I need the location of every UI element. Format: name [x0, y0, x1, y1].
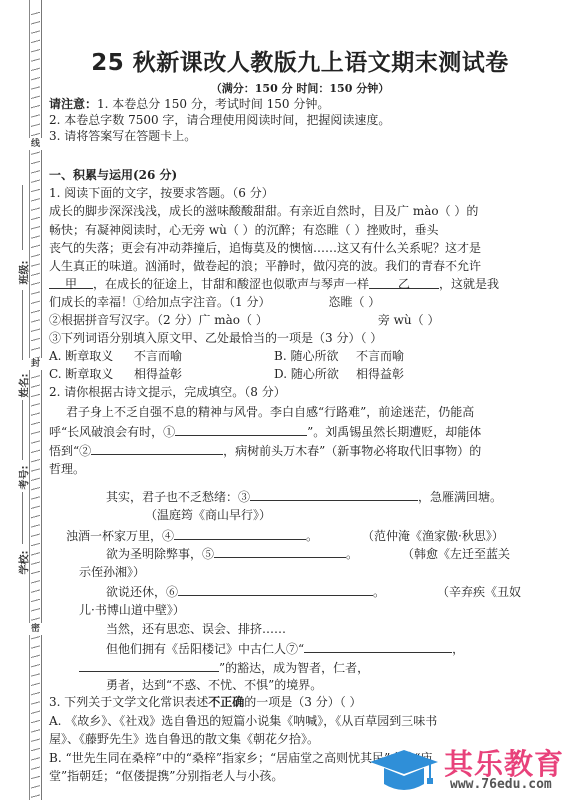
option-a[interactable]: A. 断章取义	[49, 348, 134, 364]
q2-line: 欲为圣明除弊事，⑤。（韩愈《左迁至蓝关	[106, 545, 510, 562]
blank-3[interactable]	[250, 488, 418, 501]
q3-option-b-cont: 堂”指朝廷；“伛偻提携”分别指老人与小孩。	[49, 768, 283, 784]
option-c[interactable]: C. 断章取义	[49, 366, 134, 382]
q2-source: 儿·书博山道中壁》）	[79, 602, 185, 618]
q2-line: 悟到“②，病树前头万木春”（新事物必将取代旧事物）的	[49, 442, 481, 459]
pinyin-answer-blank[interactable]: 恣睢（ ）	[328, 295, 380, 309]
notice-line-2: 2. 本卷总字数 7500 字，请合理使用阅读时间，把握阅读速度。	[49, 112, 390, 128]
page-title: 25 秋新课改人教版九上语文期末测试卷	[40, 44, 560, 77]
blank-7b[interactable]	[79, 659, 219, 672]
q1-passage-line: 人生真正的味道。汹涌时，做卷起的浪；平静时，做闪亮的波。我们的青春不允许	[49, 258, 481, 274]
exam-info: （满分：150 分 时间：150 分钟）	[40, 80, 560, 96]
notice-line-3: 3. 请将答案写在答题卡上。	[49, 128, 196, 144]
exam-number-field-line[interactable]	[22, 400, 23, 460]
watermark-logo: 其乐教育 www.76edu.com	[368, 744, 564, 796]
q2-line: 呼“长风破浪会有时，①”。刘禹锡虽然长期遭贬，却能体	[49, 423, 481, 440]
q2-line: 欲说还休，⑥。（辛弃疾《丑奴	[106, 583, 521, 600]
q1-passage-line: 成长的脚步深深浅浅，成长的滋味酸酸甜甜。有亲近自然时，目及广 mào（ ）的	[49, 203, 478, 219]
margin-line-inner	[41, 0, 42, 800]
q2-source: （温庭筠《商山早行》）	[145, 507, 271, 523]
brand-url: www.76edu.com	[450, 777, 552, 792]
blank-6[interactable]	[178, 583, 373, 596]
q2-line: 其实，君子也不乏愁绪：③，急雁满回塘。	[106, 488, 502, 505]
q2-line: 当然，还有思恋、误会、排挤……	[106, 621, 286, 637]
q2-line: 君子身上不乏自强不息的精神与风骨。李白自感“行路难”，前途迷茫，仍能高	[66, 404, 474, 420]
notice-line-1: 请注意：1. 本卷总分 150 分，考试时间 150 分钟。	[49, 96, 329, 112]
graduation-cap-icon	[368, 746, 440, 794]
option-d[interactable]: D. 随心所欲	[274, 366, 356, 382]
notice-label: 请注意：	[49, 97, 97, 111]
school-label: 学校:	[16, 548, 31, 578]
q2-line: 但他们拥有《岳阳楼记》中古仁人⑦“，	[106, 640, 464, 657]
q2-line: 勇者，达到“不惑、不忧、不惧”的境界。	[106, 677, 322, 693]
blank-7a[interactable]	[304, 640, 452, 653]
class-field-line[interactable]	[22, 185, 23, 250]
q1-passage-line: 丧气的失落；更会有冲动莽撞后，追悔莫及的懊恼……这又有什么关系呢？这才是	[49, 240, 481, 256]
q2-source: 示侄孙湘》）	[79, 564, 145, 580]
q3-option-a-cont: 屋》、《藤野先生》选自鲁迅的散文集《朝花夕拾》。	[49, 731, 319, 747]
option-row: C. 断章取义相得益彰D. 随心所欲相得益彰	[49, 366, 404, 382]
hanzi-answer-blank[interactable]: 旁 wù（ ）	[378, 313, 440, 327]
q3-prompt: 3. 下列关于文学文化常识表述不正确的一项是（3 分）（ ）	[49, 694, 362, 710]
option-row: A. 断章取义不言而喻B. 随心所欲不言而喻	[49, 348, 404, 364]
blank-5[interactable]	[214, 545, 346, 558]
q1-prompt: 1. 阅读下面的文字，按要求答题。（6 分）	[49, 185, 274, 201]
option-b[interactable]: B. 随心所欲	[274, 348, 356, 364]
blank-4[interactable]	[174, 527, 306, 540]
seal-mark-feng: 封	[29, 358, 42, 370]
blank-2[interactable]	[91, 442, 223, 455]
exam-number-label: 考号:	[16, 463, 31, 493]
school-field-line[interactable]	[22, 492, 23, 544]
seal-mark-mi: 密	[29, 623, 42, 635]
q1-passage-line: 甲，在成长的征途上，甘甜和酸涩也似歌声与琴声一样乙，这就是我	[49, 276, 499, 292]
emphasis-not-correct: 不正确	[208, 695, 244, 709]
binding-margin: 线 封 密 班级: 姓名: 考号: 学校:	[0, 0, 40, 800]
name-field-line[interactable]	[22, 290, 23, 360]
seal-mark-xian: 线	[29, 138, 42, 150]
section-heading: 一、积累与运用(26 分)	[49, 167, 177, 183]
q1-sub2: ②根据拼音写汉字。（2 分）广 mào（ ）旁 wù（ ）	[49, 312, 439, 328]
q1-passage-line: 畅快；有凝神阅读时，心无旁 wù（ ）的沉醉；有恣睢（ ）挫败时，垂头	[49, 222, 438, 238]
blank-yi[interactable]: 乙	[369, 276, 439, 289]
q2-prompt: 2. 请你根据古诗文提示，完成填空。（8 分）	[49, 384, 286, 400]
blank-jia[interactable]: 甲	[49, 276, 93, 289]
q2-line: ”的豁达，成为智者，仁者，	[79, 659, 369, 676]
q2-line: 哲理。	[49, 461, 85, 477]
q1-sub3: ③下列词语分别填入原文甲、乙处最恰当的一项是（3 分）（ ）	[49, 330, 382, 346]
q3-option-a[interactable]: A. 《故乡》、《社戏》选自鲁迅的短篇小说集《呐喊》，《从百草园到三味书	[49, 713, 437, 729]
cut-dashes	[31, 10, 40, 800]
class-label: 班级:	[16, 258, 31, 288]
blank-1[interactable]	[175, 423, 307, 436]
q1-sub1: 们成长的幸福！①给加点字注音。（1 分）恣睢（ ）	[49, 294, 380, 310]
name-label: 姓名:	[16, 371, 31, 401]
q2-line: 浊酒一杯家万里，④。（范仲淹《渔家傲·秋思》）	[66, 527, 504, 544]
